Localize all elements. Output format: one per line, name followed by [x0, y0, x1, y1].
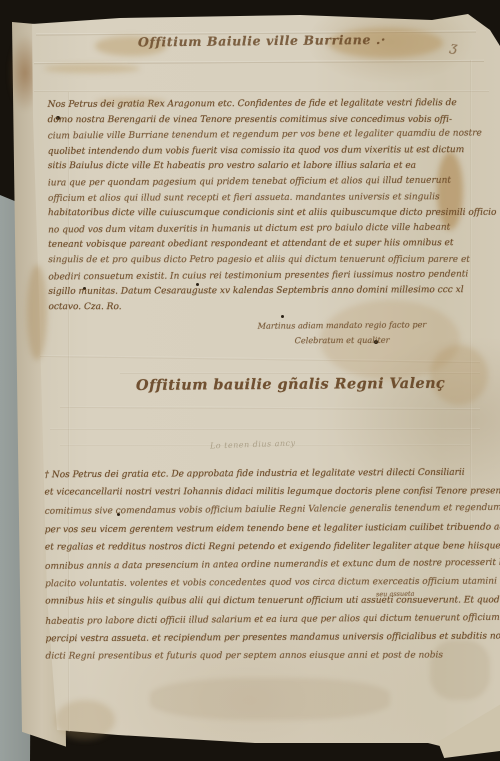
manuscript-line: habitatoribus dicte ville cuiuscumque co…: [48, 206, 463, 222]
manuscript-line: sitis Baiulus dicte ville Et habeatis pr…: [48, 159, 463, 175]
stain-gutter: [27, 265, 47, 360]
manuscript-line: obediri consuetum existit. In cuius rei …: [48, 267, 463, 285]
manuscript-line: Celebratum et qualiter: [252, 333, 432, 349]
manuscript-line: † Nos Petrus dei gratia etc. De approbat…: [44, 464, 468, 485]
manuscript-line: Martinus adiam mandato regio facto per: [252, 317, 432, 334]
manuscript-line: dicti Regni presentibus et futuris quod …: [46, 646, 470, 665]
registration-note: Martinus adiam mandato regio facto perCe…: [252, 317, 432, 349]
manuscript-line: habeatis pro labore dicti officii illud …: [45, 609, 469, 631]
stain-blotch: [55, 700, 115, 740]
manuscript-photo: Offitium Baiulie ville Burriane .· ʒ Nos…: [0, 0, 500, 761]
manuscript-line: octavo. Cza. Ro.: [48, 300, 463, 316]
manuscript-line: officium et alios qui illud sunt recepti…: [48, 190, 463, 207]
manuscript-line: sigillo munitas. Datum Cesarauguste xv k…: [48, 283, 463, 300]
manuscript-line: domo nostra Berengarii de vinea Tenore p…: [48, 112, 463, 128]
manuscript-line: quolibet intendendo dum vobis fuerit vis…: [48, 143, 463, 160]
letter-text-burriana: Nos Petrus dei gratia Rex Aragonum etc. …: [48, 96, 464, 316]
show-through-ghost: [150, 678, 390, 720]
manuscript-line: singulis de et pro quibus dicto Petro pa…: [48, 253, 463, 269]
manuscript-line: teneant vobisque pareant obediant respon…: [48, 236, 463, 253]
fold-seam-horizontal: [50, 428, 480, 430]
manuscript-line: percipi vestra assueta. et recipiendum p…: [45, 628, 469, 649]
manuscript-line: per vos seu vicem gerentem vestrum eidem…: [45, 518, 469, 539]
stain-dashes: [44, 64, 140, 73]
letter-text-bailiff-general: † Nos Petrus dei gratia etc. De approbat…: [44, 464, 469, 667]
fold-seam-horizontal: [34, 90, 489, 92]
interlinear-insertion: seu assueta: [376, 590, 415, 599]
manuscript-line: no quod vos dum vitam duxeritis in human…: [48, 220, 463, 238]
rubric-heading-burriana: Offitium Baiulie ville Burriane .·: [138, 32, 418, 50]
manuscript-line: et regalias et redditus nostros dicti Re…: [45, 537, 469, 556]
rubric-heading-bailiff-general: Offitium bauilie gñalis Regni Valenç: [136, 375, 406, 394]
manuscript-line: cium baiulie ville Burriane tenendum et …: [48, 127, 463, 145]
manuscript-line: Nos Petrus dei gratia Rex Aragonum etc. …: [48, 96, 463, 113]
